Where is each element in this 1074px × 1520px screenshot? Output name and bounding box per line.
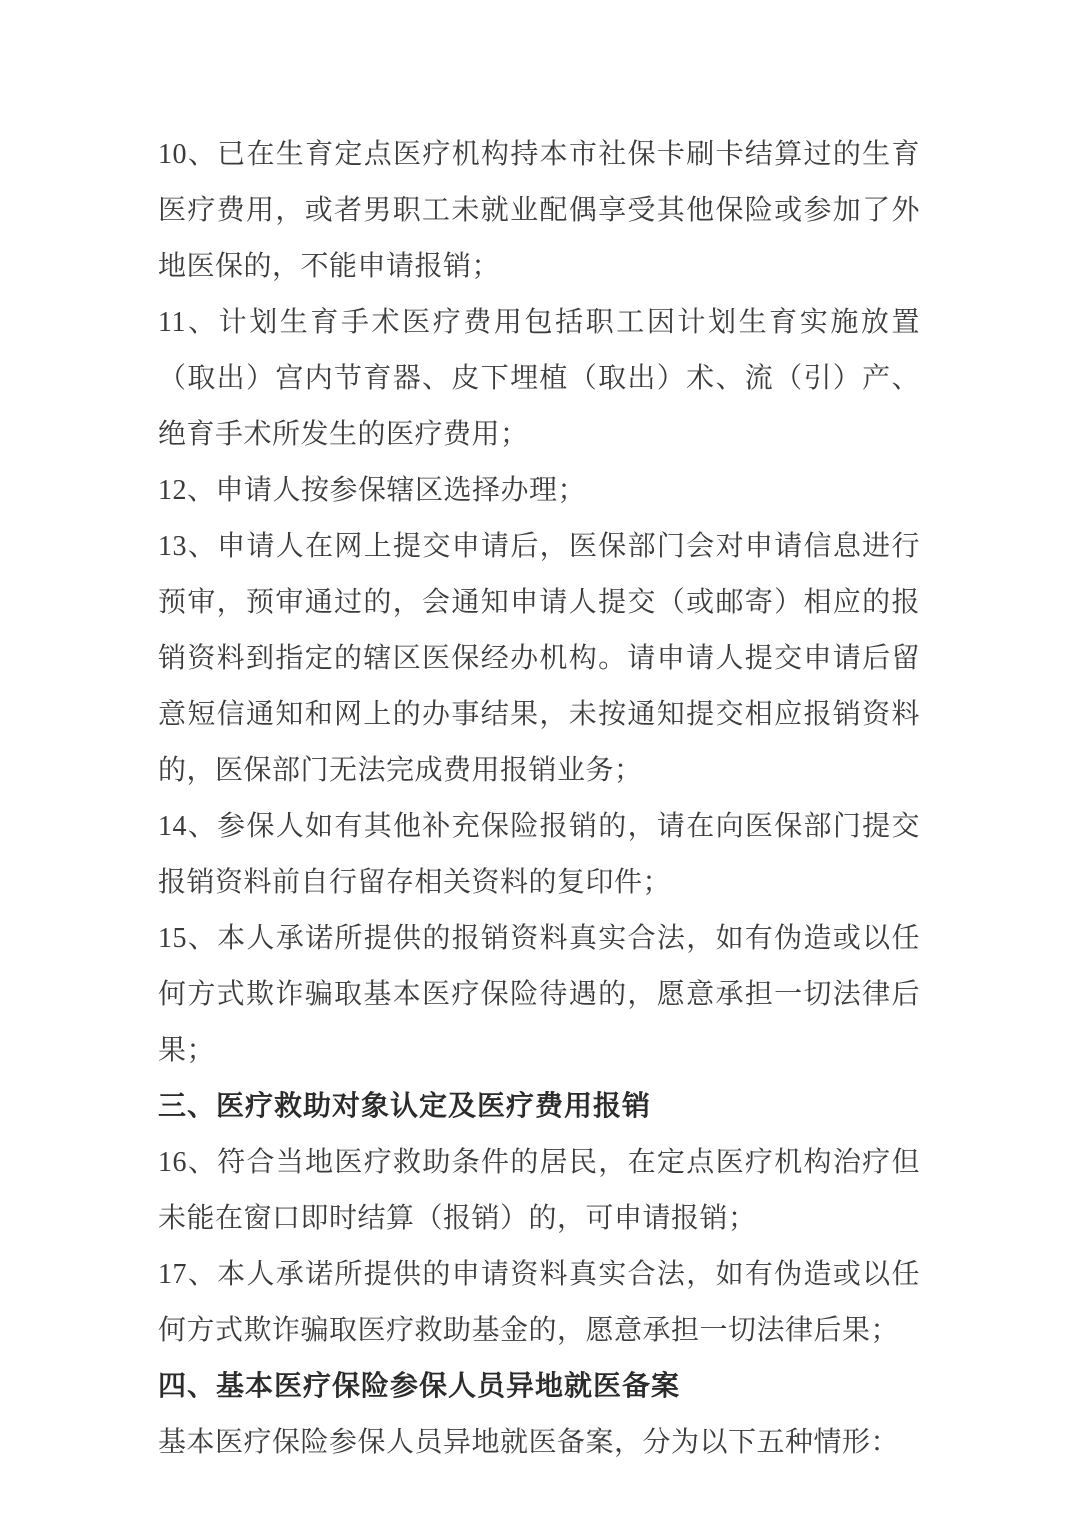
- paragraph: 12、申请人按参保辖区选择办理；: [158, 463, 920, 519]
- document-page: 10、已在生育定点医疗机构持本市社保卡刷卡结算过的生育医疗费用，或者男职工未就业…: [0, 0, 1074, 1520]
- paragraph: 11、计划生育手术医疗费用包括职工因计划生育实施放置（取出）宫内节育器、皮下埋植…: [158, 295, 920, 463]
- paragraph: 14、参保人如有其他补充保险报销的，请在向医保部门提交报销资料前自行留存相关资料…: [158, 799, 920, 911]
- paragraph: 13、申请人在网上提交申请后，医保部门会对申请信息进行预审，预审通过的，会通知申…: [158, 519, 920, 799]
- section-heading: 三、医疗救助对象认定及医疗费用报销: [158, 1079, 920, 1135]
- paragraph: 基本医疗保险参保人员异地就医备案，分为以下五种情形：: [158, 1415, 920, 1471]
- document-body: 10、已在生育定点医疗机构持本市社保卡刷卡结算过的生育医疗费用，或者男职工未就业…: [158, 127, 920, 1471]
- paragraph: 10、已在生育定点医疗机构持本市社保卡刷卡结算过的生育医疗费用，或者男职工未就业…: [158, 127, 920, 295]
- paragraph: 15、本人承诺所提供的报销资料真实合法，如有伪造或以任何方式欺诈骗取基本医疗保险…: [158, 911, 920, 1079]
- section-heading: 四、基本医疗保险参保人员异地就医备案: [158, 1359, 920, 1415]
- paragraph: 17、本人承诺所提供的申请资料真实合法，如有伪造或以任何方式欺诈骗取医疗救助基金…: [158, 1247, 920, 1359]
- paragraph: 16、符合当地医疗救助条件的居民，在定点医疗机构治疗但未能在窗口即时结算（报销）…: [158, 1135, 920, 1247]
